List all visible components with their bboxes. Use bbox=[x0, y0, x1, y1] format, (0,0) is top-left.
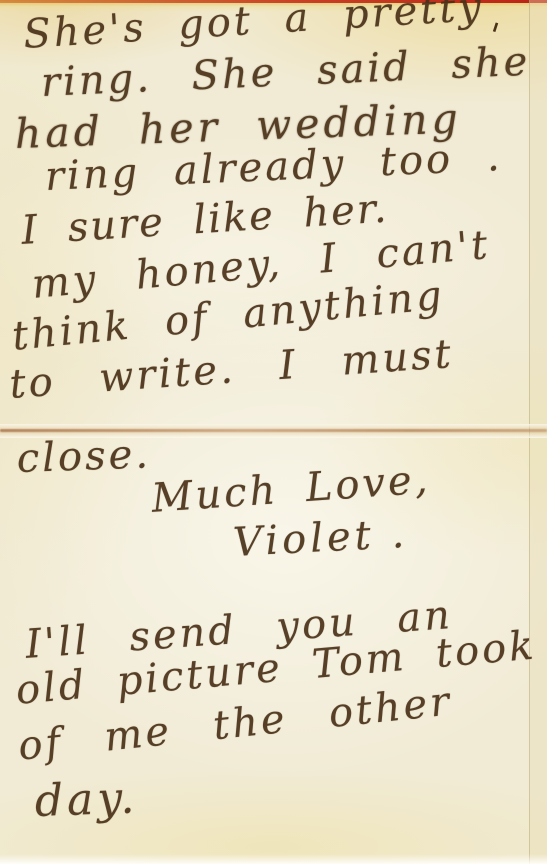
postscript-line-4: day. bbox=[34, 772, 139, 827]
signature: Violet . bbox=[232, 511, 409, 566]
letter-page: She's got a pretty ring. She said she ha… bbox=[0, 0, 547, 864]
handwritten-line-9: close. bbox=[16, 431, 152, 482]
scan-bottom-edge bbox=[0, 854, 547, 864]
